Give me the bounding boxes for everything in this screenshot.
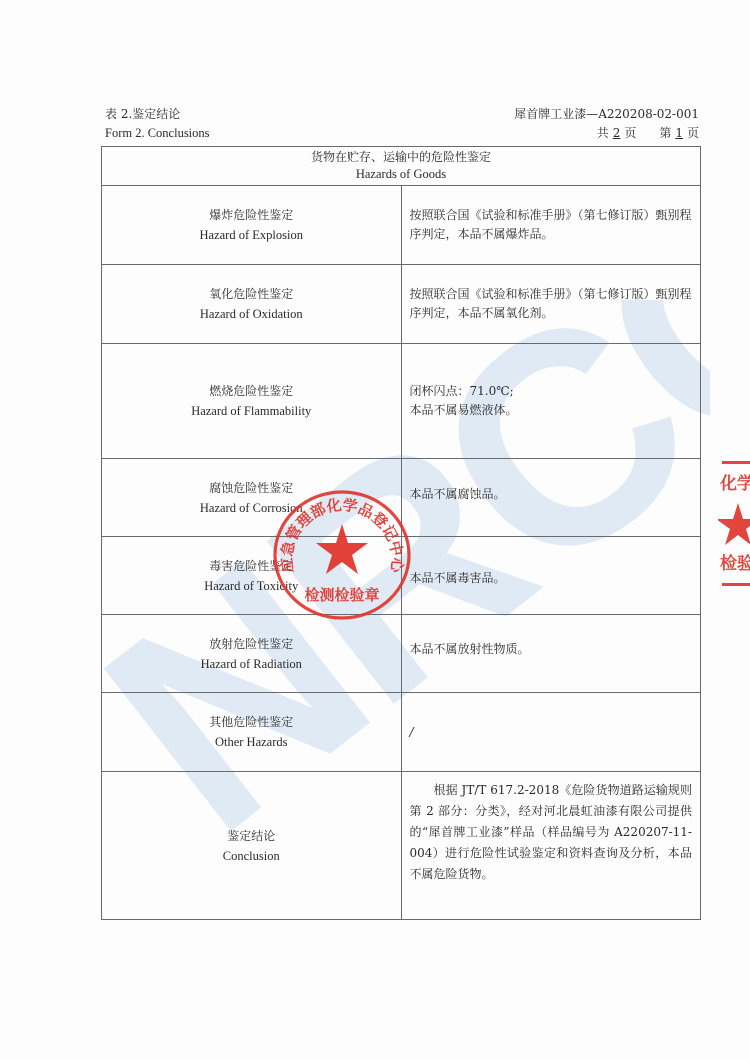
page-prefix: 第 (659, 126, 671, 140)
pages-suffix: 页 (624, 126, 636, 140)
row-label: 腐蚀危险性鉴定Hazard of Corrosion (102, 459, 402, 537)
label-en: Other Hazards (102, 732, 401, 752)
conclusion-paragraph: 根据 JT/T 617.2-2018《危险货物道路运输规则第 2 部分：分类》，… (410, 780, 693, 885)
row-label: 燃烧危险性鉴定Hazard of Flammability (102, 344, 402, 459)
report-id: 犀首牌工业漆—A220208-02-001 (514, 106, 699, 122)
table-row: 其他危险性鉴定Other Hazards / (102, 693, 701, 772)
row-label: 氧化危险性鉴定Hazard of Oxidation (102, 265, 402, 344)
svg-text:检验: 检验 (720, 553, 750, 574)
page-indicator: 共2页 第1页 (597, 125, 699, 141)
value-line: 闭杯闪点：71.0℃; (410, 382, 701, 401)
value-line: 本品不属易燃液体。 (410, 401, 701, 420)
label-cn: 其他危险性鉴定 (102, 712, 401, 732)
label-cn: 氧化危险性鉴定 (102, 284, 401, 304)
table-title-cn: 货物在贮存、运输中的危险性鉴定 (102, 149, 700, 166)
value-line: 本品不属腐蚀品。 (410, 485, 701, 504)
label-cn: 爆炸危险性鉴定 (102, 205, 401, 225)
table-title-row: 货物在贮存、运输中的危险性鉴定 Hazards of Goods (102, 147, 701, 186)
row-label: 放射危险性鉴定Hazard of Radiation (102, 615, 402, 693)
row-value: 按照联合国《试验和标准手册》（第七修订版）甄别程序判定，本品不属爆炸品。 (401, 186, 701, 265)
edge-seal-fragment: 化学 检验 (718, 447, 750, 597)
label-en: Conclusion (102, 846, 401, 866)
pages-prefix: 共 (597, 126, 609, 140)
hazards-table: 货物在贮存、运输中的危险性鉴定 Hazards of Goods 爆炸危险性鉴定… (101, 146, 701, 920)
value-line: 按照联合国《试验和标准手册》（第七修订版）甄别程序判定，本品不属氧化剂。 (410, 285, 701, 323)
row-value: 本品不属放射性物质。 (401, 615, 701, 693)
form-title-en: Form 2. Conclusions (105, 125, 210, 141)
table-row: 氧化危险性鉴定Hazard of Oxidation 按照联合国《试验和标准手册… (102, 265, 701, 344)
pages-total: 2 (609, 126, 625, 140)
row-label: 其他危险性鉴定Other Hazards (102, 693, 402, 772)
edge-star-icon (718, 503, 750, 545)
label-cn: 腐蚀危险性鉴定 (102, 478, 401, 498)
page-suffix: 页 (687, 126, 699, 140)
value-line: / (410, 723, 701, 742)
row-value: 本品不属腐蚀品。 (401, 459, 701, 537)
svg-text:化学: 化学 (719, 473, 750, 494)
conclusion-row: 鉴定结论Conclusion 根据 JT/T 617.2-2018《危险货物道路… (102, 772, 701, 920)
page-current: 1 (671, 126, 687, 140)
label-cn: 毒害危险性鉴定 (102, 556, 401, 576)
label-en: Hazard of Explosion (102, 225, 401, 245)
value-line: 按照联合国《试验和标准手册》（第七修订版）甄别程序判定，本品不属爆炸品。 (410, 206, 701, 244)
conclusion-text: 根据 JT/T 617.2-2018《危险货物道路运输规则第 2 部分：分类》，… (401, 772, 701, 920)
value-line: 本品不属毒害品。 (410, 569, 701, 588)
label-cn: 放射危险性鉴定 (102, 634, 401, 654)
table-row: 放射危险性鉴定Hazard of Radiation 本品不属放射性物质。 (102, 615, 701, 693)
label-en: Hazard of Toxicity (102, 576, 401, 596)
label-en: Hazard of Flammability (102, 401, 401, 421)
table-row: 燃烧危险性鉴定Hazard of Flammability 闭杯闪点：71.0℃… (102, 344, 701, 459)
table-title-en: Hazards of Goods (102, 166, 700, 183)
table-row: 爆炸危险性鉴定Hazard of Explosion 按照联合国《试验和标准手册… (102, 186, 701, 265)
row-value: 按照联合国《试验和标准手册》（第七修订版）甄别程序判定，本品不属氧化剂。 (401, 265, 701, 344)
row-value: 本品不属毒害品。 (401, 537, 701, 615)
row-label: 毒害危险性鉴定Hazard of Toxicity (102, 537, 402, 615)
label-cn: 燃烧危险性鉴定 (102, 381, 401, 401)
table-title: 货物在贮存、运输中的危险性鉴定 Hazards of Goods (102, 147, 701, 186)
row-label: 爆炸危险性鉴定Hazard of Explosion (102, 186, 402, 265)
row-value: 闭杯闪点：71.0℃;本品不属易燃液体。 (401, 344, 701, 459)
label-en: Hazard of Radiation (102, 654, 401, 674)
value-line: 本品不属放射性物质。 (410, 640, 701, 659)
table-row: 腐蚀危险性鉴定Hazard of Corrosion 本品不属腐蚀品。 (102, 459, 701, 537)
label-en: Hazard of Oxidation (102, 304, 401, 324)
label-en: Hazard of Corrosion (102, 498, 401, 518)
row-value: / (401, 693, 701, 772)
table-row: 毒害危险性鉴定Hazard of Toxicity 本品不属毒害品。 (102, 537, 701, 615)
conclusion-label: 鉴定结论Conclusion (102, 772, 402, 920)
form-title-cn: 表 2.鉴定结论 (105, 106, 180, 122)
label-cn: 鉴定结论 (102, 826, 401, 846)
